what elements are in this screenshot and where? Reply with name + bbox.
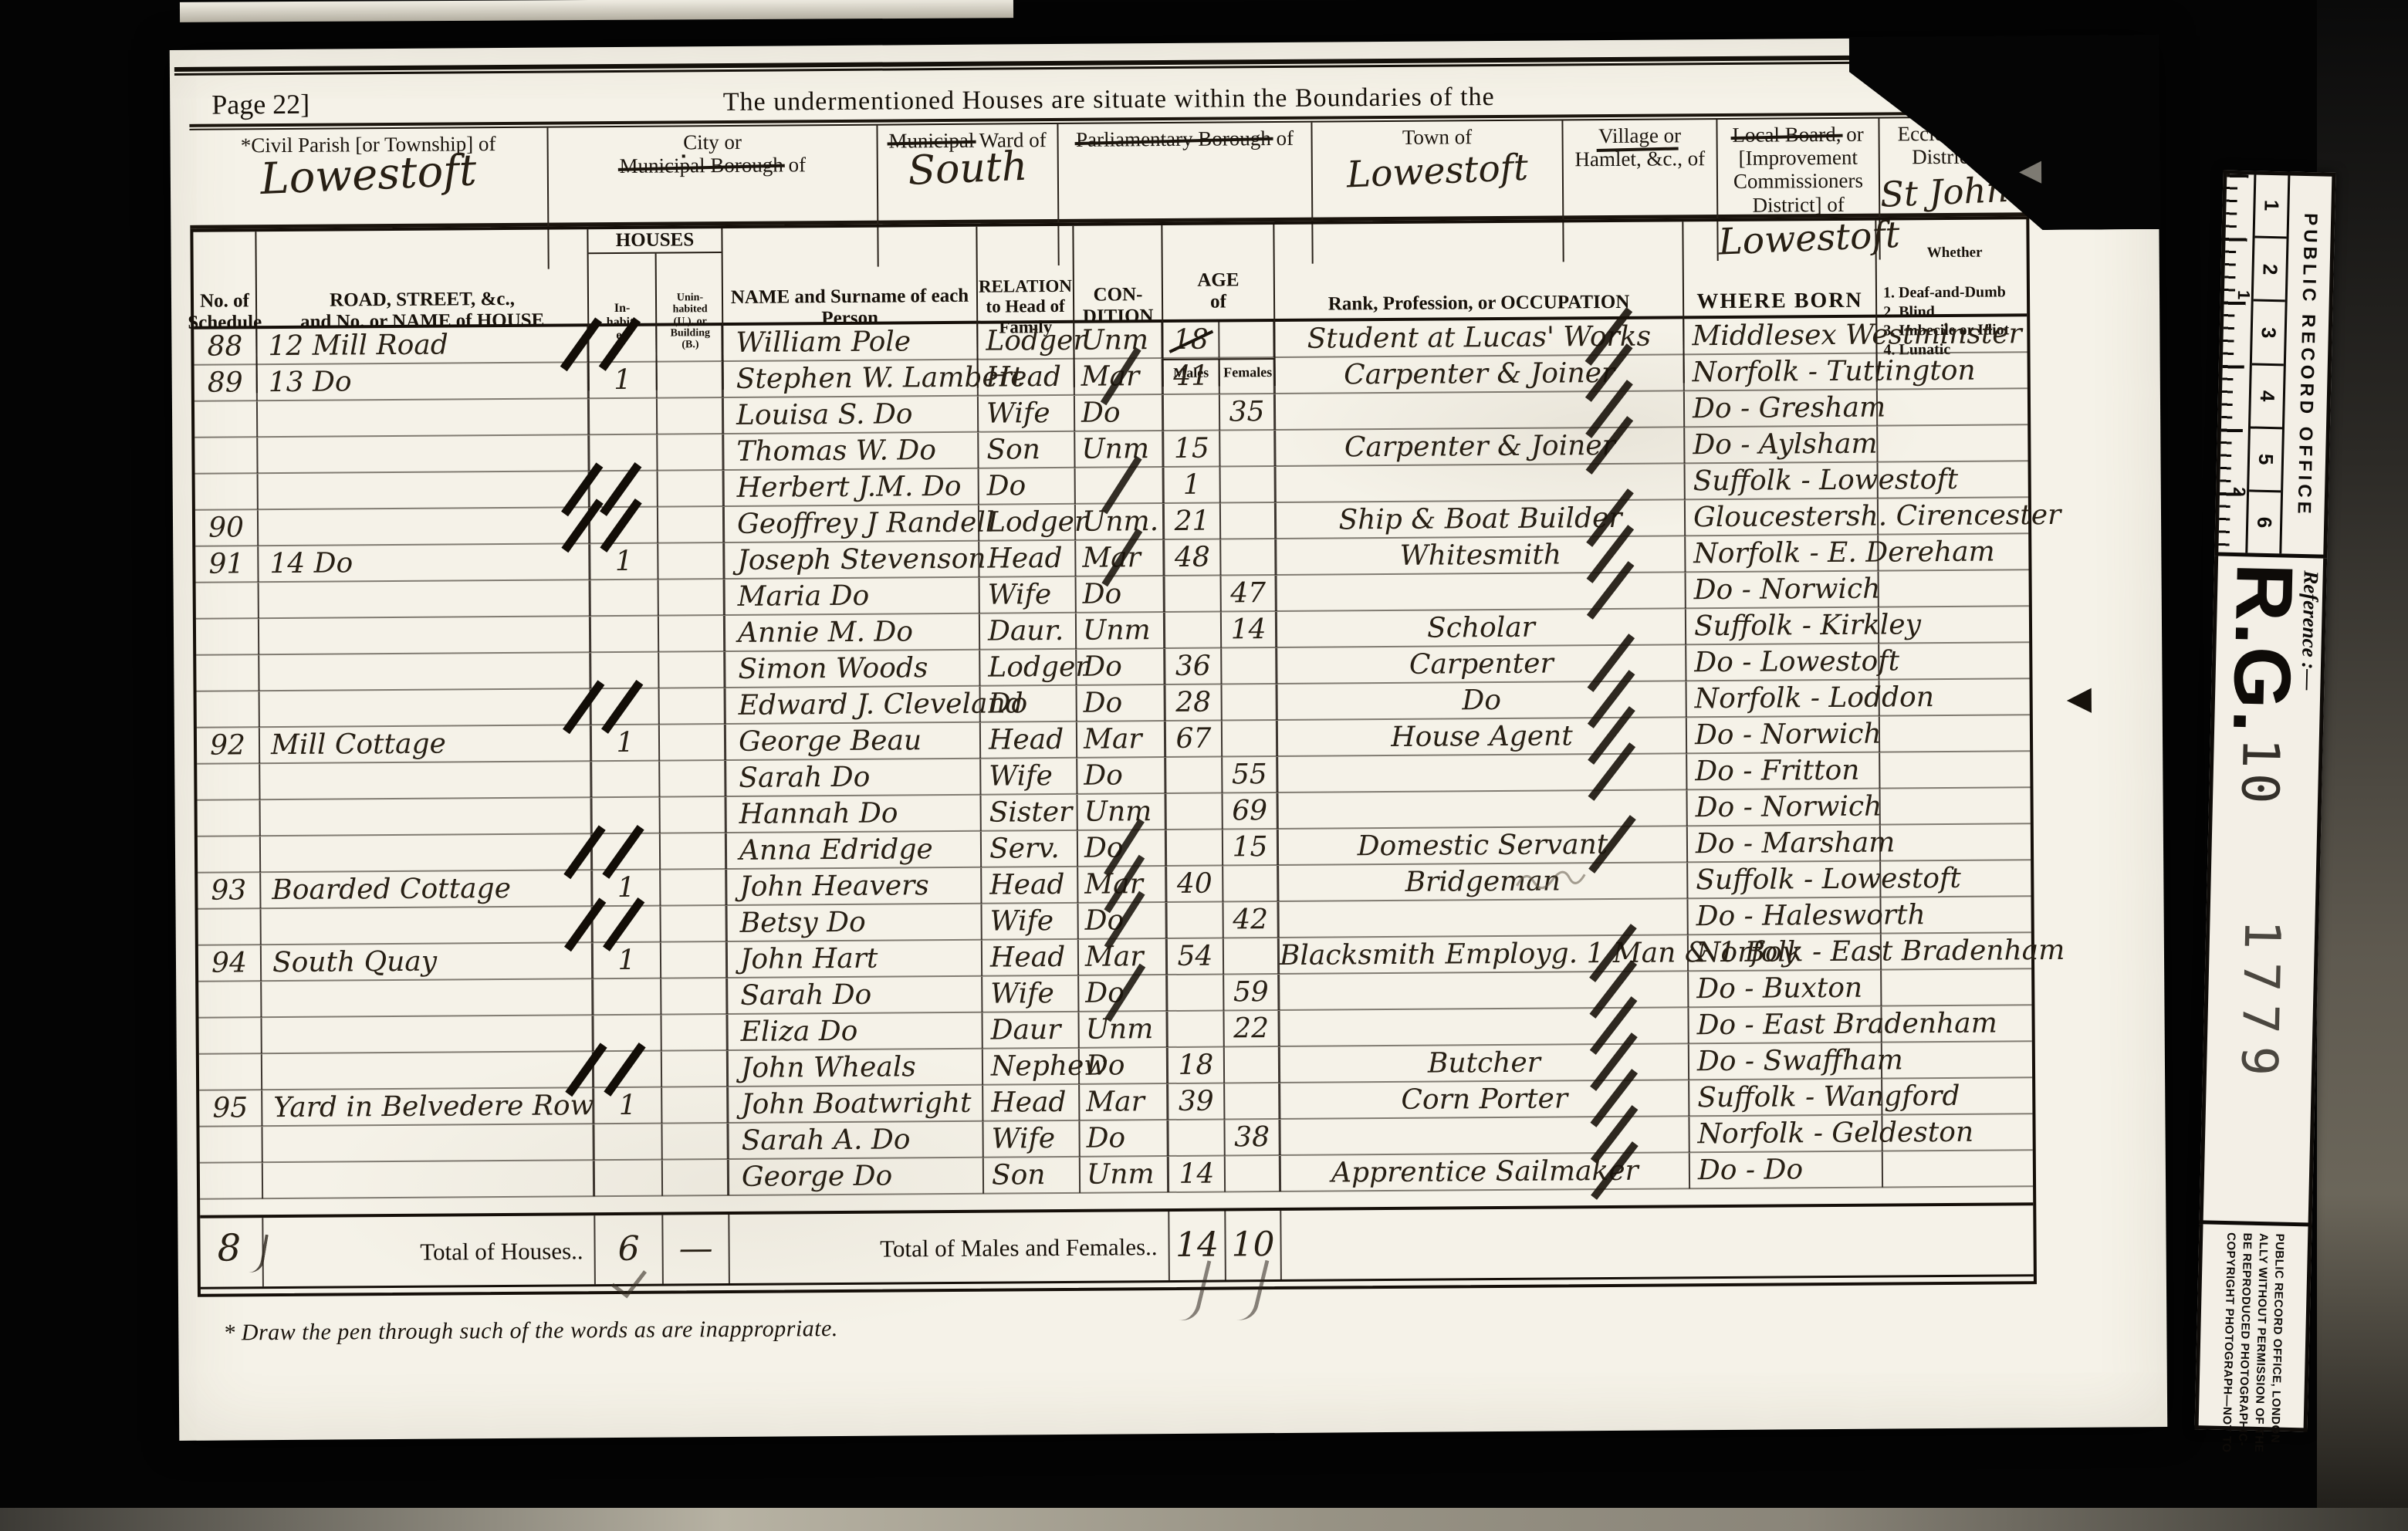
cell-name: Joseph Stevenson xyxy=(725,542,979,579)
cell-infirmity xyxy=(1879,461,2034,498)
cell-age-female xyxy=(1222,648,1277,684)
cell-born: Gloucestersh. Cirencester xyxy=(1686,499,1879,536)
cell-age-female xyxy=(1221,539,1277,576)
cell-born: Do - Do xyxy=(1690,1152,1883,1189)
cell-condition: Do xyxy=(1077,576,1165,613)
cell-relation: Nephew xyxy=(983,1049,1080,1085)
ruler-box: 2 xyxy=(2254,238,2287,302)
age-value: 15 xyxy=(1174,433,1209,465)
cell-age-female xyxy=(1225,1083,1280,1120)
total-males-cell: 14 xyxy=(1169,1211,1226,1280)
cell-occupation xyxy=(1278,754,1687,793)
film-edge-top xyxy=(180,0,1013,22)
total-males: 14 xyxy=(1169,1212,1225,1279)
cell-inhabited: 1 xyxy=(590,363,658,399)
total-females-cell: 10 xyxy=(1226,1211,1282,1280)
cell-condition: Mar xyxy=(1076,540,1165,576)
cell-condition: Mar xyxy=(1077,722,1166,758)
total-houses-label: Total of Houses.. xyxy=(263,1215,596,1286)
age-value: 28 xyxy=(1175,687,1211,718)
cell-age-male xyxy=(1168,975,1224,1012)
cell-relation: Head xyxy=(981,722,1077,759)
cell-born: Norfolk - Tuttington xyxy=(1685,354,1878,391)
cell-infirmity xyxy=(1879,498,2034,534)
cell-occupation xyxy=(1280,1008,1689,1046)
cell-condition: Do xyxy=(1077,758,1166,794)
cell-age-female: 59 xyxy=(1224,975,1280,1011)
cell-street xyxy=(259,580,591,618)
cell-infirmity xyxy=(1882,1005,2038,1042)
reference-box: Reference :— R.G. 10 1779 xyxy=(2200,556,2328,1226)
age-value: 18 xyxy=(1170,323,1212,358)
cell-age-female xyxy=(1221,503,1277,539)
cell-age-male: 15 xyxy=(1164,431,1220,468)
cell-uninhabited xyxy=(658,398,724,434)
cell-name: John Wheals xyxy=(729,1049,983,1087)
field-label: Parliamentary Borough of xyxy=(1058,123,1311,152)
cell-relation: Wife xyxy=(982,976,1079,1012)
cell-name: George Do xyxy=(729,1158,984,1195)
cell-age-female xyxy=(1225,1047,1280,1083)
cell-infirmity xyxy=(1881,897,2037,933)
cell-uninhabited xyxy=(658,507,725,543)
cell-age-female: 55 xyxy=(1223,757,1278,793)
cell-relation: Head xyxy=(979,541,1076,577)
cell-age-male: 21 xyxy=(1165,504,1221,540)
cell-street xyxy=(258,399,590,437)
ruler-number: 6 xyxy=(2252,517,2276,529)
cell-uninhabited xyxy=(658,543,725,580)
cell-street xyxy=(260,689,592,727)
cell-uninhabited xyxy=(658,362,724,398)
cell-infirmity xyxy=(1878,353,2034,389)
table-header-row: No. of Schedule ROAD, STREET, &c., and N… xyxy=(193,219,2027,330)
total-houses-inhabited-cell: 6 xyxy=(595,1215,664,1285)
cell-infirmity xyxy=(1879,679,2035,715)
cell-condition: Do xyxy=(1078,830,1167,867)
cell-age-male: 14 xyxy=(1169,1156,1226,1192)
struck-label-text: Municipal Borough xyxy=(619,154,783,177)
cell-inhabited xyxy=(594,1052,662,1088)
cell-age-female xyxy=(1220,431,1276,467)
cell-street xyxy=(259,617,591,654)
series-reference: R.G. 10 xyxy=(2213,563,2310,809)
cell-condition: Unm xyxy=(1077,613,1165,649)
cell-age-male: 54 xyxy=(1168,939,1224,975)
cell-age-female xyxy=(1220,358,1276,394)
cell-occupation: Do xyxy=(1278,681,1687,720)
cell-age-female: 35 xyxy=(1220,394,1276,431)
total-males-females-label: Total of Males and Females.. xyxy=(729,1212,1170,1283)
cell-born: Do - Swaffham xyxy=(1689,1043,1882,1080)
cell-relation: Head xyxy=(979,360,1075,396)
cell-born: Do - Fritton xyxy=(1687,753,1880,790)
cell-age-male xyxy=(1164,395,1220,431)
cell-born: Do - Lowestoft xyxy=(1686,644,1879,681)
cell-born: Suffolk - Lowestoft xyxy=(1686,463,1879,500)
cell-uninhabited xyxy=(658,434,724,471)
ruler-box: 5 xyxy=(2249,428,2282,492)
cell-occupation xyxy=(1277,464,1686,502)
cell-schedule xyxy=(199,1018,262,1054)
ruler-cm-number: 1 xyxy=(2234,290,2254,300)
cell-inhabited xyxy=(590,471,658,508)
cell-street xyxy=(262,979,594,1017)
cell-street xyxy=(258,435,590,473)
ruler-number: 4 xyxy=(2255,390,2279,401)
cell-condition: Unm xyxy=(1074,323,1163,359)
struck-label-text: Parliamentary Borough xyxy=(1076,127,1271,151)
series-code: R.G. xyxy=(2216,563,2309,735)
cell-infirmity xyxy=(1880,788,2036,824)
age-value: 67 xyxy=(1175,723,1211,755)
cell-schedule: 93 xyxy=(198,873,261,909)
census-table: No. of Schedule ROAD, STREET, &c., and N… xyxy=(190,216,2037,1297)
label-text: Town of xyxy=(1402,125,1473,149)
cell-occupation: Carpenter & Joiner xyxy=(1276,355,1685,394)
cell-occupation: Student at Lucas' Works xyxy=(1275,319,1684,357)
cell-age-male: 1 xyxy=(1165,468,1221,504)
totals-row: 8 Total of Houses.. 6 — Total of Males a… xyxy=(200,1202,2034,1289)
cell-born: Do - Halesworth xyxy=(1688,898,1881,935)
age-value: 36 xyxy=(1175,651,1211,682)
cell-schedule xyxy=(196,583,259,619)
cell-age-female xyxy=(1219,322,1275,358)
cell-age-male xyxy=(1166,758,1223,794)
cell-street xyxy=(263,1161,595,1198)
cell-occupation xyxy=(1277,573,1686,611)
cell-age-male: 18 xyxy=(1163,323,1219,359)
cell-infirmity xyxy=(1882,1078,2038,1114)
cell-schedule: 95 xyxy=(199,1090,262,1127)
cell-relation: Do xyxy=(979,468,1076,505)
scanned-census-page: Page 22] The undermentioned Houses are s… xyxy=(0,0,2408,1531)
cell-occupation: Apprentice Sailmaker xyxy=(1281,1153,1690,1191)
cell-relation: Daur. xyxy=(980,613,1077,650)
cell-age-male xyxy=(1168,1012,1224,1048)
cell-street xyxy=(262,1124,594,1162)
ruler-cm-number: 2 xyxy=(2229,487,2249,497)
cell-age-male: 18 xyxy=(1168,1048,1225,1084)
cell-relation: Son xyxy=(979,432,1075,468)
cell-schedule xyxy=(198,909,262,945)
cell-inhabited xyxy=(594,907,661,943)
cell-inhabited: 1 xyxy=(593,870,661,907)
cell-inhabited xyxy=(591,653,659,689)
film-edge-bottom xyxy=(0,1508,2408,1531)
cell-inhabited xyxy=(593,798,661,834)
cell-age-male: 40 xyxy=(1167,867,1223,903)
instruction-footnote: * Draw the pen through such of the words… xyxy=(223,1316,838,1347)
cell-infirmity xyxy=(1880,715,2036,752)
cell-condition: Do xyxy=(1080,1048,1168,1084)
cell-born: Norfolk - E. Dereham xyxy=(1686,536,1879,573)
cell-condition: Unm xyxy=(1079,1012,1168,1048)
cell-relation: Head xyxy=(982,940,1079,976)
cell-occupation xyxy=(1278,790,1687,829)
cell-name: John Hart xyxy=(728,941,982,978)
totals-empty-cell xyxy=(1281,1205,2040,1279)
cell-uninhabited xyxy=(657,326,723,362)
cell-occupation xyxy=(1280,972,1689,1010)
copyright-text-line: COPYRIGHT PHOTOGRAPH—NOT TO xyxy=(2221,1232,2237,1418)
age-value: 14 xyxy=(1179,1158,1214,1190)
cell-relation: Wife xyxy=(980,577,1077,613)
cell-uninhabited xyxy=(661,978,728,1015)
label-text: , of xyxy=(1677,147,1705,170)
ruler-number: 2 xyxy=(2257,263,2281,275)
cell-relation: Wife xyxy=(982,904,1078,940)
cell-relation: Wife xyxy=(983,1121,1080,1158)
series-number: 10 xyxy=(2230,737,2291,809)
cell-inhabited xyxy=(593,834,661,870)
ruler-number: 5 xyxy=(2254,454,2278,465)
cell-relation: Wife xyxy=(981,759,1077,795)
copyright-text-line: ALLY WITHOUT PERMISSION OF THE xyxy=(2254,1233,2269,1419)
cell-age-male xyxy=(1168,1120,1225,1156)
cell-inhabited xyxy=(589,326,657,363)
cell-uninhabited xyxy=(660,725,726,761)
cell-schedule xyxy=(194,438,258,474)
cell-street: 13 Do xyxy=(258,363,590,400)
cell-relation: Lodger xyxy=(978,323,1074,360)
cell-name: Sarah A. Do xyxy=(729,1122,983,1159)
cell-uninhabited xyxy=(660,688,726,725)
cell-uninhabited xyxy=(662,1051,729,1087)
cell-schedule: 94 xyxy=(198,945,262,982)
cell-born: Norfolk - East Bradenham xyxy=(1689,934,1882,972)
cell-age-female xyxy=(1223,721,1278,757)
cell-occupation: Domestic Servant xyxy=(1279,826,1688,865)
ruler-box: 4 xyxy=(2251,365,2284,429)
cell-name: John Heavers xyxy=(727,868,982,905)
cell-age-female: 22 xyxy=(1224,1011,1280,1047)
cell-street: Yard in Belvedere Row xyxy=(262,1088,594,1126)
cell-condition: Do xyxy=(1077,649,1165,685)
cell-age-male xyxy=(1167,903,1223,939)
cell-born: Middlesex Westminster xyxy=(1684,318,1877,355)
cell-inhabited xyxy=(591,580,659,617)
struck-label-text: Local Board, xyxy=(1732,123,1841,147)
totals-schedule-cell: 8 xyxy=(200,1218,264,1287)
cell-schedule: 91 xyxy=(195,546,259,583)
cell-schedule xyxy=(197,764,260,800)
cell-inhabited: 1 xyxy=(590,544,658,580)
cell-born: Do - Buxton xyxy=(1689,971,1882,1008)
cell-street: 14 Do xyxy=(259,544,590,582)
cell-schedule: 90 xyxy=(195,510,259,546)
cell-name: Anna Edridge xyxy=(727,832,982,869)
cell-relation: Son xyxy=(984,1158,1081,1194)
cell-condition: Do xyxy=(1080,1120,1168,1157)
cell-street xyxy=(261,834,593,872)
cell-inhabited xyxy=(595,1161,663,1197)
cell-schedule xyxy=(196,619,259,655)
cell-age-female: 69 xyxy=(1223,793,1279,830)
age-value: 40 xyxy=(1177,868,1212,900)
cell-occupation xyxy=(1280,1117,1689,1155)
infirmity-title: Whether xyxy=(1883,245,2027,262)
cell-born: Do - Norwich xyxy=(1687,717,1880,754)
cell-name: John Boatwright xyxy=(729,1086,983,1123)
cell-uninhabited xyxy=(658,471,725,507)
cell-relation: Daur xyxy=(982,1012,1079,1049)
cell-inhabited xyxy=(592,762,660,798)
cell-uninhabited xyxy=(661,833,727,870)
cell-name: Edward J. Cleveland xyxy=(726,687,981,724)
cell-born: Do - Norwich xyxy=(1686,572,1879,609)
cell-schedule xyxy=(199,1054,262,1090)
cell-uninhabited xyxy=(661,942,728,978)
cell-street: Mill Cottage xyxy=(260,725,592,763)
cell-age-female xyxy=(1226,1156,1281,1192)
cell-condition: Mar xyxy=(1078,867,1167,903)
cell-schedule xyxy=(197,691,260,728)
cell-uninhabited xyxy=(661,906,728,942)
cell-condition: Unm xyxy=(1075,431,1164,468)
cell-condition: Do xyxy=(1079,975,1168,1012)
age-value: 18 xyxy=(1178,1049,1213,1081)
cell-uninhabited xyxy=(662,1087,729,1124)
cell-name: Sarah Do xyxy=(726,759,981,796)
cell-occupation: Butcher xyxy=(1280,1044,1689,1083)
cell-name: Hannah Do xyxy=(727,796,982,833)
cell-street: South Quay xyxy=(262,943,594,981)
cell-street xyxy=(261,798,593,836)
cell-uninhabited xyxy=(661,797,727,833)
cell-infirmity xyxy=(1879,534,2034,570)
cell-uninhabited xyxy=(659,580,725,616)
cell-age-female: 42 xyxy=(1223,902,1279,938)
cell-name: Annie M. Do xyxy=(725,614,980,651)
cell-relation: Serv. xyxy=(982,831,1078,867)
cell-street: 12 Mill Road xyxy=(257,326,589,364)
census-sheet: Page 22] The undermentioned Houses are s… xyxy=(170,36,2168,1441)
cell-name: Stephen W. Lambert xyxy=(724,360,979,397)
cell-inhabited: 1 xyxy=(594,943,661,979)
cell-name: Thomas W. Do xyxy=(724,433,979,470)
boundary-header-fields: *Civil Parish [or Township] ofLowestoftC… xyxy=(189,117,2029,229)
cell-infirmity xyxy=(1882,969,2038,1005)
cell-born: Norfolk - Loddon xyxy=(1687,681,1880,718)
cell-born: Do - Aylsham xyxy=(1685,427,1878,464)
cell-occupation xyxy=(1276,391,1685,430)
cell-born: Do - East Bradenham xyxy=(1689,1007,1882,1044)
cell-relation: Wife xyxy=(979,396,1075,432)
cell-inhabited xyxy=(594,979,661,1016)
field-label: City or Municipal Borough of xyxy=(548,126,876,178)
cell-name: Louisa S. Do xyxy=(724,397,979,434)
cell-condition: Unm. xyxy=(1076,504,1165,540)
cell-born: Do - Norwich xyxy=(1687,789,1880,826)
cell-age-female: 38 xyxy=(1225,1120,1280,1156)
cell-schedule xyxy=(195,474,259,510)
houses-title: HOUSES xyxy=(588,228,721,254)
cell-infirmity xyxy=(1877,316,2033,353)
cell-schedule: 88 xyxy=(194,329,257,365)
field-value-handwritten: South xyxy=(878,142,1058,196)
cell-age-female xyxy=(1223,866,1279,902)
cell-inhabited: 1 xyxy=(592,725,660,762)
copyright-box: COPYRIGHT PHOTOGRAPH—NOT TOBE REPRODUCED… xyxy=(2195,1224,2312,1431)
cell-occupation: Corn Porter xyxy=(1280,1080,1689,1119)
cell-age-male: 36 xyxy=(1165,649,1222,685)
cell-occupation: Whitesmith xyxy=(1277,536,1686,575)
cell-born: Suffolk - Wangford xyxy=(1689,1080,1882,1117)
age-value: 21 xyxy=(1174,505,1209,537)
cell-age-female: 15 xyxy=(1223,830,1279,866)
cell-schedule xyxy=(200,1163,263,1199)
cell-inhabited xyxy=(594,1124,662,1161)
cell-infirmity xyxy=(1881,860,2037,897)
cell-born: Do - Gresham xyxy=(1685,390,1878,428)
copyright-text-line: BE REPRODUCED PHOTOGRAPHIC- xyxy=(2237,1232,2253,1418)
cell-age-male: 67 xyxy=(1166,722,1223,758)
age-value: 48 xyxy=(1175,542,1210,573)
cell-uninhabited xyxy=(661,1015,728,1051)
cell-schedule: 92 xyxy=(197,728,260,764)
cell-inhabited xyxy=(594,1016,661,1052)
cell-infirmity xyxy=(1878,425,2034,461)
table-body: 8812 Mill RoadWilliam PoleLodgerUnm18Stu… xyxy=(194,316,2033,1200)
cell-age-female xyxy=(1224,938,1280,975)
cell-inhabited xyxy=(590,508,658,544)
cell-born: Suffolk - Lowestoft xyxy=(1688,862,1881,899)
cell-street xyxy=(259,471,590,509)
cell-schedule xyxy=(198,800,261,836)
cell-name: Herbert J.M. Do xyxy=(725,469,979,506)
cell-relation: Do xyxy=(981,686,1077,722)
cell-condition: Do xyxy=(1075,395,1164,431)
cell-street xyxy=(262,1016,594,1053)
cell-condition xyxy=(1076,468,1165,504)
age-value: 39 xyxy=(1179,1086,1214,1117)
cell-age-male xyxy=(1167,830,1223,867)
cell-schedule xyxy=(196,655,259,691)
total-females: 10 xyxy=(1226,1211,1280,1279)
cell-occupation: Scholar xyxy=(1277,609,1686,647)
cell-street xyxy=(259,508,590,546)
copyright-text-line: PUBLIC RECORD OFFICE, LONDON xyxy=(2270,1233,2285,1419)
cell-infirmity xyxy=(1879,607,2035,643)
cell-condition: Do xyxy=(1077,685,1166,722)
reference-ruler: 12 123456 PUBLIC RECORD OFFICE xyxy=(2214,171,2335,559)
cell-condition: Mar xyxy=(1075,359,1164,395)
record-office-strip: 12 123456 PUBLIC RECORD OFFICE Reference… xyxy=(2195,171,2336,1432)
margin-arrow-icon: ◀ xyxy=(2066,679,2092,718)
cell-street xyxy=(262,1052,594,1090)
cell-age-female: 47 xyxy=(1222,576,1277,612)
cell-uninhabited xyxy=(662,1124,729,1160)
office-name-cell: PUBLIC RECORD OFFICE xyxy=(2281,176,2332,555)
cell-schedule xyxy=(198,982,262,1018)
cell-name: Maria Do xyxy=(725,578,980,615)
label-text: of xyxy=(783,153,806,176)
cell-occupation: Ship & Boat Builder xyxy=(1277,500,1686,539)
label-text: of xyxy=(1271,127,1294,150)
cell-infirmity xyxy=(1882,1042,2038,1078)
cell-condition: Unm xyxy=(1078,794,1167,830)
cell-name: George Beau xyxy=(726,723,981,760)
ruler-box: 3 xyxy=(2252,302,2285,366)
cell-infirmity xyxy=(1882,1114,2038,1151)
cell-street xyxy=(262,907,594,945)
cell-age-male: 48 xyxy=(1165,540,1221,576)
field-label: Local Board, or [Improvement Commissione… xyxy=(1717,119,1879,217)
field-label: Town of xyxy=(1312,120,1561,149)
cell-street: Boarded Cottage xyxy=(261,870,593,908)
ruler-box: 6 xyxy=(2247,492,2281,553)
